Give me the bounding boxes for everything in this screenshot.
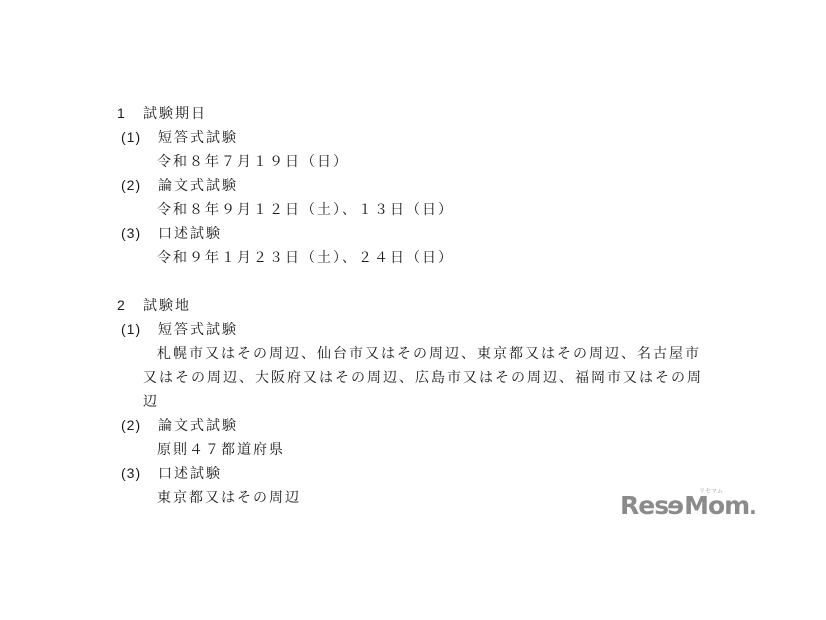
item-detail: 令和８年７月１９日（日） (143, 149, 705, 173)
section-number: 1 (117, 101, 143, 125)
section-exam-locations: 2 試験地 (1) 短答式試験 札幌市又はその周辺、仙台市又はその周辺、東京都又… (117, 293, 705, 509)
resemom-logo: リセマム ReseMom. (620, 492, 740, 524)
item-name: 論文式試験 (158, 173, 238, 197)
item-heading: (2) 論文式試験 (117, 413, 705, 437)
item-label: (3) (121, 461, 158, 485)
section-exam-dates: 1 試験期日 (1) 短答式試験 令和８年７月１９日（日） (2) 論文式試験 … (117, 101, 705, 269)
item-detail: 札幌市又はその周辺、仙台市又はその周辺、東京都又はその周辺、名古屋市又はその周辺… (143, 341, 705, 413)
resemom-wordmark: ReseMom. (620, 495, 756, 518)
page: 1 試験期日 (1) 短答式試験 令和８年７月１９日（日） (2) 論文式試験 … (0, 0, 826, 620)
list-item: (3) 口述試験 東京都又はその周辺 (117, 461, 705, 509)
wordmark-part2: Mom (684, 491, 749, 520)
item-name: 口述試験 (158, 461, 222, 485)
item-heading: (3) 口述試験 (117, 221, 705, 245)
list-item: (1) 短答式試験 札幌市又はその周辺、仙台市又はその周辺、東京都又はその周辺、… (117, 317, 705, 413)
section-heading: 2 試験地 (117, 293, 705, 317)
section-heading: 1 試験期日 (117, 101, 705, 125)
item-label: (1) (121, 317, 158, 341)
wordmark-reversed-e: e (668, 495, 684, 517)
list-item: (2) 論文式試験 令和８年９月１２日（土）、１３日（日） (117, 173, 705, 221)
list-item: (3) 口述試験 令和９年１月２３日（土）、２４日（日） (117, 221, 705, 269)
document-body: 1 試験期日 (1) 短答式試験 令和８年７月１９日（日） (2) 論文式試験 … (117, 101, 705, 509)
item-detail: 令和９年１月２３日（土）、２４日（日） (143, 245, 705, 269)
item-name: 短答式試験 (158, 317, 238, 341)
item-label: (2) (121, 173, 158, 197)
section-title: 試験地 (143, 293, 191, 317)
item-heading: (1) 短答式試験 (117, 125, 705, 149)
wordmark-dot: . (749, 495, 756, 519)
item-detail: 令和８年９月１２日（土）、１３日（日） (143, 197, 705, 221)
item-name: 短答式試験 (158, 125, 238, 149)
item-heading: (3) 口述試験 (117, 461, 705, 485)
item-name: 口述試験 (158, 221, 222, 245)
section-number: 2 (117, 293, 143, 317)
wordmark-part1: Res (620, 491, 668, 520)
item-name: 論文式試験 (158, 413, 238, 437)
item-heading: (2) 論文式試験 (117, 173, 705, 197)
item-label: (3) (121, 221, 158, 245)
section-title: 試験期日 (143, 101, 207, 125)
item-label: (1) (121, 125, 158, 149)
item-heading: (1) 短答式試験 (117, 317, 705, 341)
item-detail: 原則４７都道府県 (143, 437, 705, 461)
list-item: (2) 論文式試験 原則４７都道府県 (117, 413, 705, 461)
list-item: (1) 短答式試験 令和８年７月１９日（日） (117, 125, 705, 173)
item-label: (2) (121, 413, 158, 437)
